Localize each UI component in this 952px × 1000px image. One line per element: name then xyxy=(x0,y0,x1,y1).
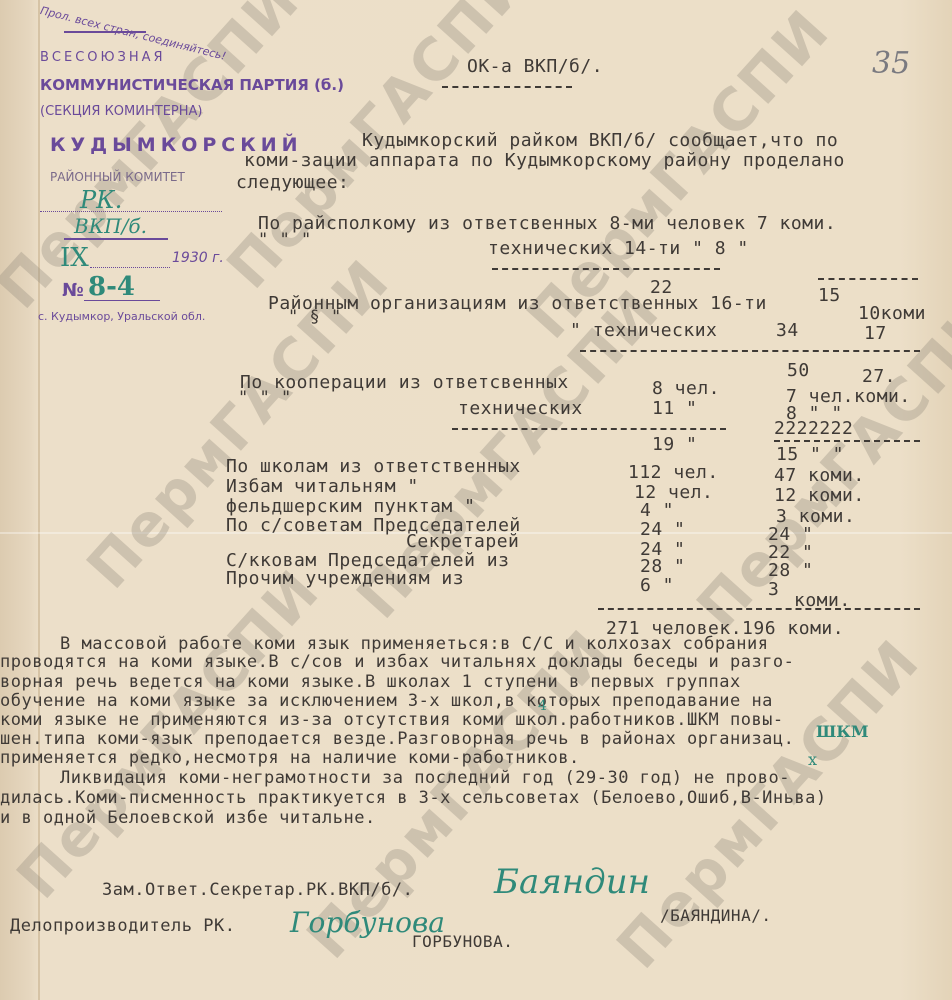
body-line: коми языке не применяются из-за отсутств… xyxy=(0,710,784,730)
total-people: 19 " xyxy=(652,434,697,455)
handwritten-dept: РК. xyxy=(80,186,122,214)
handwritten-number: 8-4 xyxy=(88,272,135,302)
komi-count: 10коми xyxy=(858,303,926,324)
komi-count: 47 коми. xyxy=(774,465,865,486)
row-label: По райсполкому из ответсвенных 8-ми чело… xyxy=(258,213,836,234)
overtyped-text: 2222222 xyxy=(774,418,853,439)
sum-line xyxy=(774,440,920,442)
people-count: 8 чел. xyxy=(652,378,720,399)
stamp-line2: КОММУНИСТИЧЕСКАЯ ПАРТИЯ (б.) xyxy=(40,76,344,94)
intro-line-3: следующее: xyxy=(236,172,349,193)
row-label: фельдшерским пунктам " xyxy=(226,496,475,517)
row-label: Прочим учреждениям из xyxy=(226,568,464,589)
people-count: 28 " xyxy=(640,556,685,577)
body-line: Ликвидация коми-неграмотности за последн… xyxy=(60,768,790,788)
stamp-rule xyxy=(40,211,222,212)
people-count: 6 " xyxy=(640,575,674,596)
people-count: 112 чел. xyxy=(628,462,719,483)
people-count: 11 " xyxy=(652,398,697,419)
stamp-rule xyxy=(90,267,170,268)
body-line: В массовой работе коми язык применяеться… xyxy=(60,634,769,654)
row-label: технических xyxy=(458,398,583,419)
stamp-number-label: № xyxy=(62,280,84,301)
total-people: 50 xyxy=(787,360,810,381)
margin-note: ШКМ xyxy=(816,722,869,741)
stamp-year: 1930 г. xyxy=(172,250,224,266)
body-line: обучение на коми языке за исключением 3-… xyxy=(0,691,773,711)
stamp-line1: ВСЕСОЮЗНАЯ xyxy=(40,50,166,65)
addressee: ОК-а ВКП/б/. xyxy=(467,56,603,77)
sum-line xyxy=(598,608,920,610)
komi-count: 3 xyxy=(768,579,779,600)
row-label: Районным организациям из ответственных 1… xyxy=(268,293,767,314)
stamp-address: с. Кудымкор, Уральской обл. xyxy=(38,310,205,323)
total-komi: 15 " " xyxy=(776,444,844,465)
komi-count: 28 " xyxy=(768,560,813,581)
stamp-line3: (СЕКЦИЯ КОМИНТЕРНА) xyxy=(40,104,203,119)
body-line: дилась.Коми-писменность практикуется в 3… xyxy=(0,788,827,808)
row-label: технических 14-ти " 8 " xyxy=(488,238,749,259)
body-line: проводятся на коми языке.В с/сов и избах… xyxy=(0,652,794,672)
body-line: ворная речь ведется на коми языке.В школ… xyxy=(0,672,741,692)
sum-line xyxy=(492,268,720,270)
handwritten-party: ВКП/б. xyxy=(74,214,147,238)
sum-line xyxy=(580,350,920,352)
margin-note: х xyxy=(808,750,817,769)
stamp-rule xyxy=(84,300,160,301)
sum-line xyxy=(452,428,726,430)
people-count: 34 xyxy=(776,320,799,341)
people-count: 24 " xyxy=(640,519,685,540)
body-line: и в одной Белоевской избе читальне. xyxy=(0,808,376,828)
total-komi: 15 xyxy=(818,285,841,306)
row-label: По школам из ответственных xyxy=(226,456,521,477)
ditto-marks: " " " xyxy=(258,230,312,250)
paper-fold xyxy=(38,0,40,1000)
document-page: ПермГАСПИ ПермГАСПИ ПермГАСПИ ПермГАСПИ … xyxy=(0,0,952,1000)
handwritten-month: IX xyxy=(60,243,89,273)
deputy-title: Зам.Ответ.Секретар.РК.ВКП/б/. xyxy=(102,880,413,900)
margin-note: 4 xyxy=(538,698,547,714)
clerk-title: Делопроизводитель РК. xyxy=(10,916,235,936)
row-label: Секретарей xyxy=(406,531,519,552)
deputy-signature: Баяндин xyxy=(494,862,650,902)
ditto-marks: " " " xyxy=(238,388,292,408)
row-label: " технических xyxy=(570,320,717,341)
intro-line-2: коми-зации аппарата по Кудымкорскому рай… xyxy=(244,150,845,171)
page-number: 35 xyxy=(872,46,910,81)
stamp-rule xyxy=(64,238,168,240)
sum-line xyxy=(818,278,918,280)
stamp-line5: РАЙОННЫЙ КОМИТЕТ xyxy=(50,170,185,184)
komi-count: 17 xyxy=(864,323,887,344)
clerk-name: ГОРБУНОВА. xyxy=(412,932,513,951)
ditto-marks: " § " xyxy=(288,307,342,327)
komi-count: 12 коми. xyxy=(774,485,865,506)
intro-line-1: Кудымкорский райком ВКП/б/ сообщает,что … xyxy=(362,130,838,151)
row-label: Избам читальням " xyxy=(226,476,419,497)
people-count: 4 " xyxy=(640,500,674,521)
deputy-name: /БАЯНДИНА/. xyxy=(660,906,771,925)
total-komi: 27. xyxy=(862,366,896,387)
stamp-rule xyxy=(64,31,146,33)
underline xyxy=(442,86,572,88)
body-line: шен.типа коми-язык преподается везде.Раз… xyxy=(0,729,794,749)
body-line: применяется редко,несмотря на наличие ко… xyxy=(0,748,580,768)
